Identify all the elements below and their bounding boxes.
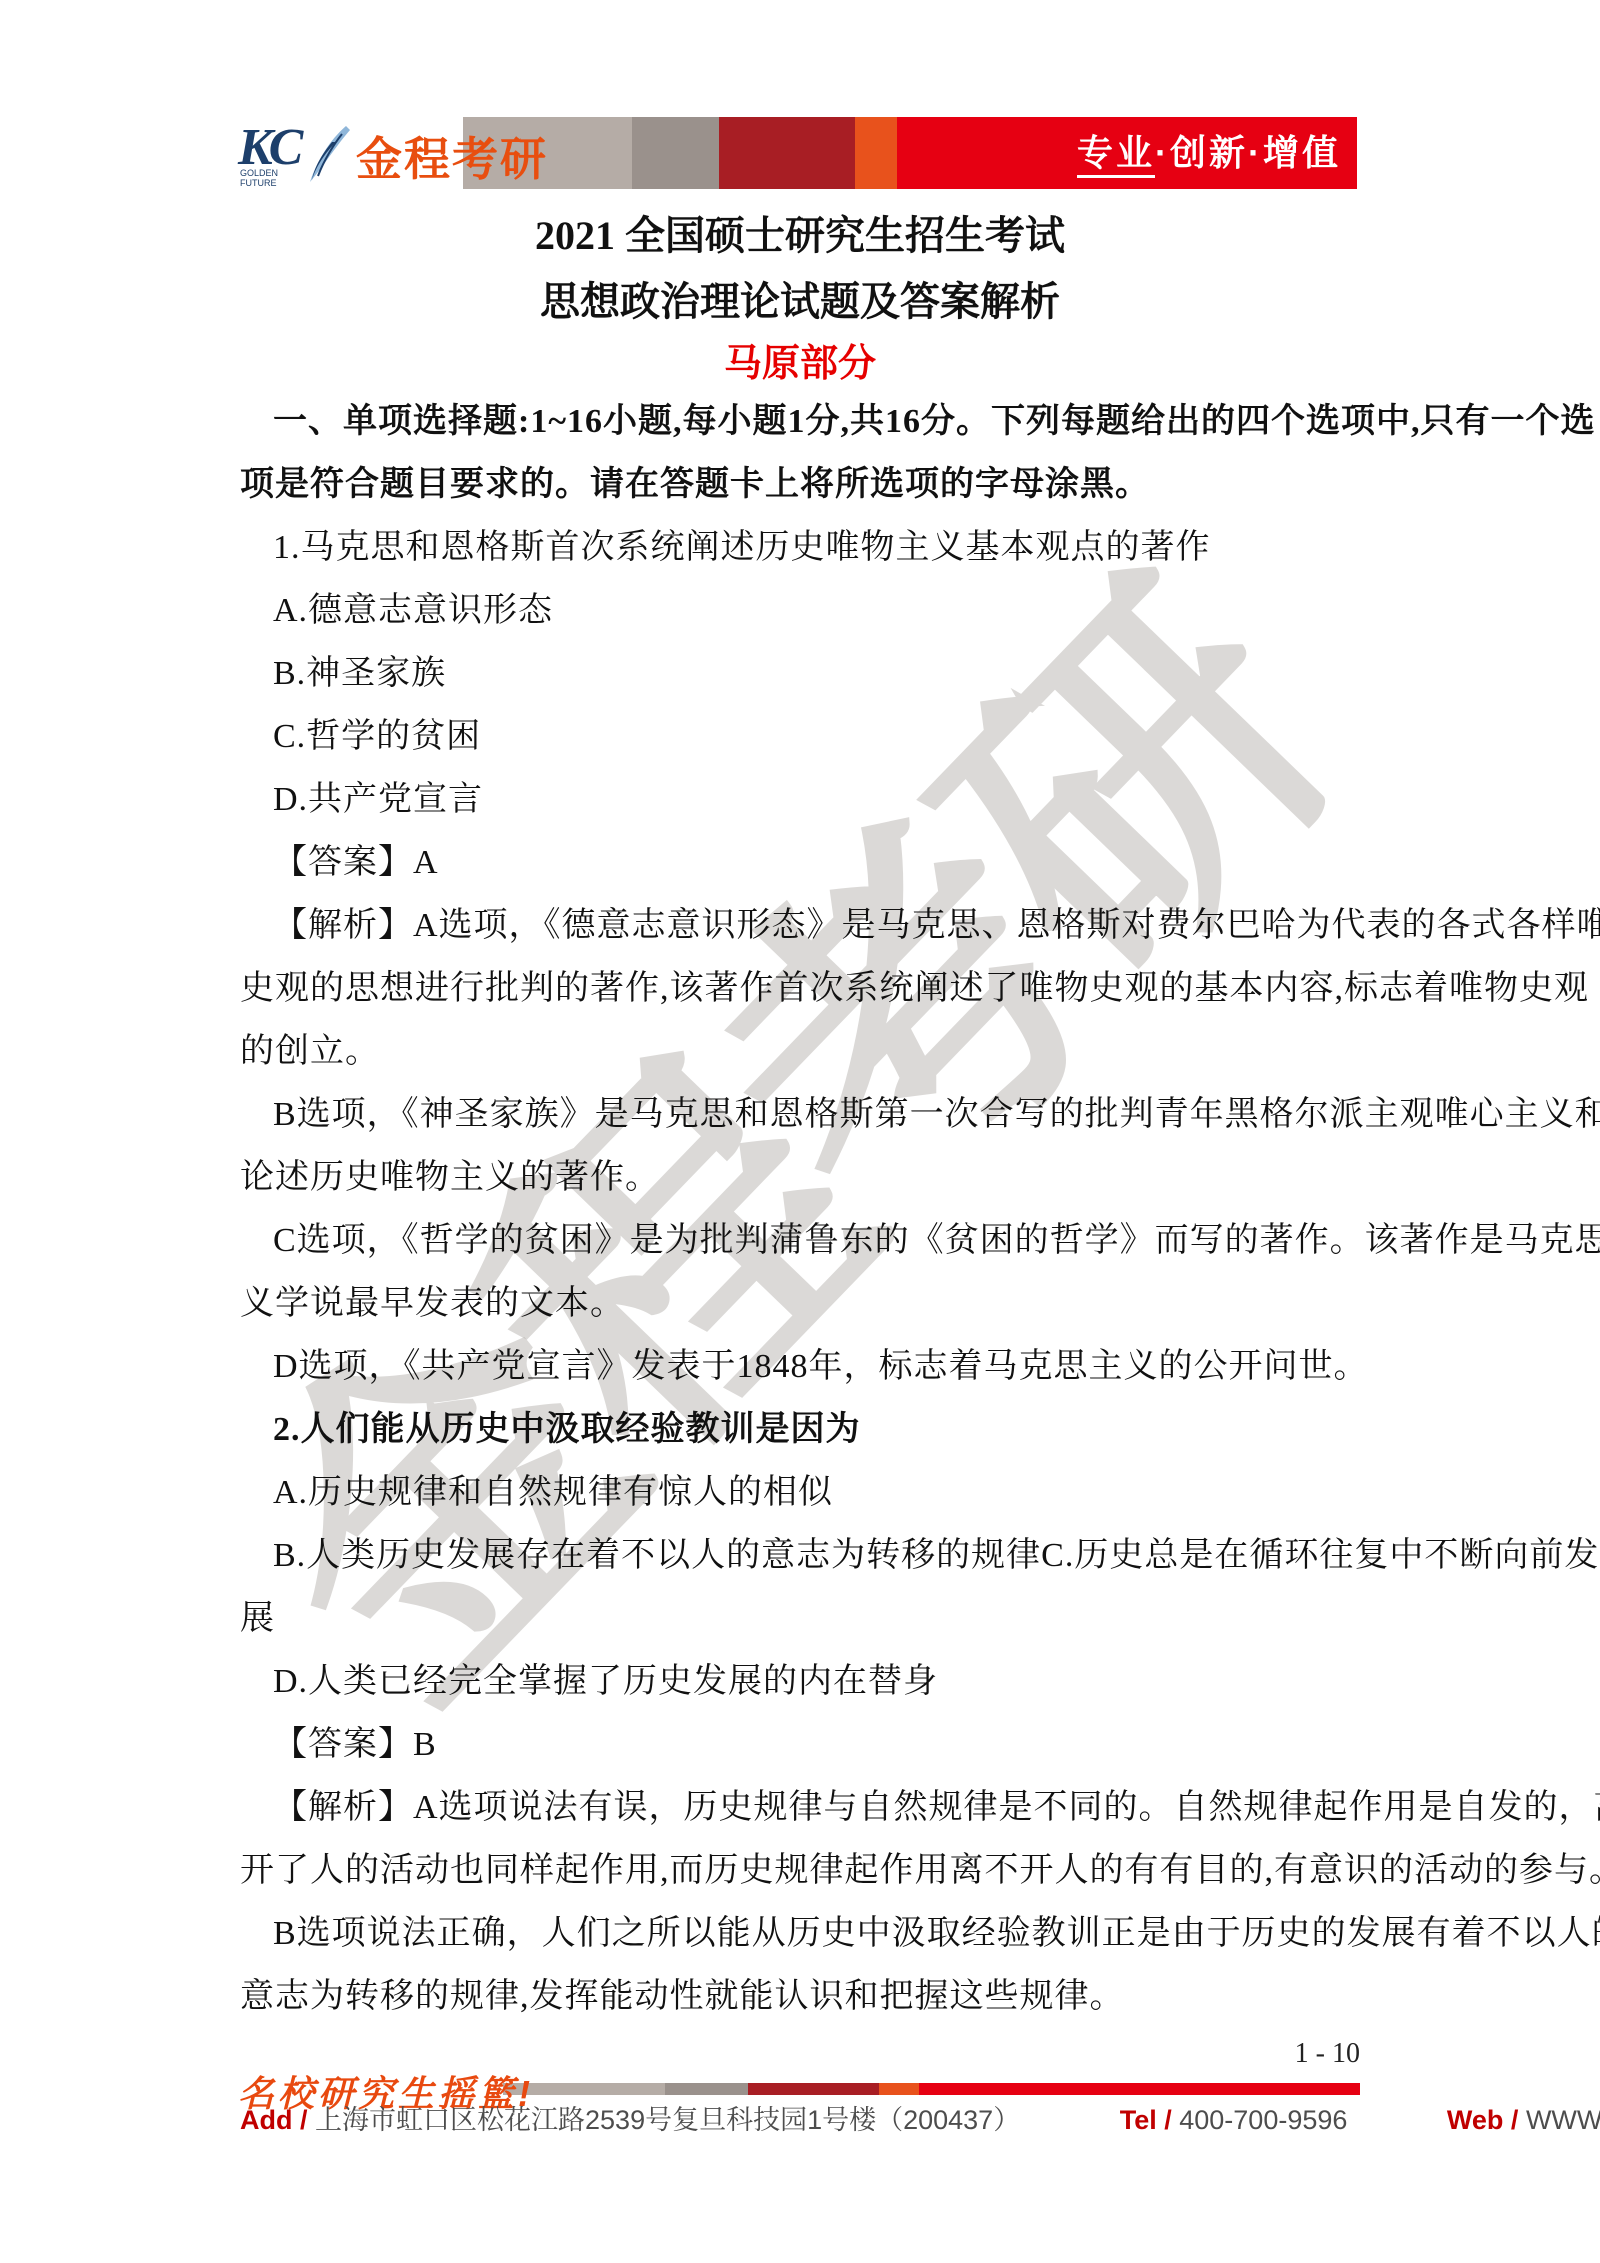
body-line: B选项，《神圣家族》是马克思和恩格斯第一次合写的批判青年黑格尔派主观唯心主义和 [240, 1083, 1366, 1146]
body-line: 【解析】A选项，《德意志意识形态》是马克思、恩格斯对费尔巴哈为代表的各式各样唯心 [240, 894, 1366, 957]
body-line: 【解析】A选项说法有误，历史规律与自然规律是不同的。自然规律起作用是自发的，离 [240, 1776, 1366, 1839]
body-line: A.德意志意识形态 [240, 579, 1366, 642]
band-segment [719, 117, 856, 189]
body-line: B.人类历史发展存在着不以人的意志为转移的规律C.历史总是在循环往复中不断向前发 [240, 1524, 1366, 1587]
body-line: B.神圣家族 [240, 642, 1366, 705]
footer-tel: Tel / 400-700-9596 [1120, 2100, 1348, 2140]
footer-color-band [503, 2083, 1360, 2095]
body-line: 【答案】A [240, 831, 1366, 894]
band-segment [665, 2083, 748, 2095]
body-text: 一、单项选择题:1~16小题,每小题1分,共16分。下列每题给出的四个选项中,只… [240, 390, 1366, 2028]
feather-swoosh-icon [292, 124, 356, 193]
footer-contact-info: Add / 上海市虹口区松花江路2539号复旦科技园1号楼（200437） Te… [240, 2100, 1360, 2140]
body-line: 2.人们能从历史中汲取经验教训是因为 [240, 1398, 1366, 1461]
body-line: D.人类已经完全掌握了历史发展的内在替身 [240, 1650, 1366, 1713]
company-logo: KC GOLDEN FUTURE 金程考研 [238, 122, 548, 190]
body-line: C.哲学的贫困 [240, 705, 1366, 768]
kcy-tagline: GOLDEN FUTURE [240, 168, 278, 188]
body-line: 项是符合题目要求的。请在答题卡上将所选项的字母涂黑。 [240, 453, 1366, 516]
header-color-band: 专业·创新·增值 [463, 117, 1357, 189]
body-line: 开了人的活动也同样起作用,而历史规律起作用离不开人的有有目的,有意识的活动的参与… [240, 1839, 1366, 1902]
document-title-line1: 2021 全国硕士研究生招生考试 [240, 204, 1360, 261]
band-segment [855, 117, 896, 189]
band-segment [879, 2083, 918, 2095]
address-value: 上海市虹口区松花江路2539号复旦科技园1号楼（200437） [315, 2105, 1020, 2135]
body-line: C选项，《哲学的贫困》是为批判蒲鲁东的《贫困的哲学》而写的著作。该著作是马克思主 [240, 1209, 1366, 1272]
body-line: 的创立。 [240, 1020, 1366, 1083]
body-line: 论述历史唯物主义的著作。 [240, 1146, 1366, 1209]
address-label: Add / [240, 2105, 308, 2135]
tel-value: 400-700-9596 [1179, 2105, 1347, 2135]
footer-address: Add / 上海市虹口区松花江路2539号复旦科技园1号楼（200437） [240, 2100, 1020, 2140]
web-label: Web / [1447, 2105, 1519, 2135]
document-page: 金程考研 KC GOLDEN FUTURE 金程考研 专业·创 [0, 0, 1600, 2263]
body-line: 史观的思想进行批判的著作,该著作首次系统阐述了唯物史观的基本内容,标志着唯物史观 [240, 957, 1366, 1020]
body-line: 【答案】B [240, 1713, 1366, 1776]
body-line: 意志为转移的规律,发挥能动性就能认识和把握这些规律。 [240, 1965, 1366, 2028]
band-segment [632, 117, 719, 189]
tel-label: Tel / [1120, 2105, 1172, 2135]
footer-web: Web / WWW.VIPKAOYAN.NET [1447, 2100, 1600, 2140]
body-line: 展 [240, 1587, 1366, 1650]
section-title: 马原部分 [240, 332, 1360, 387]
document-title-line2: 思想政治理论试题及答案解析 [240, 270, 1360, 327]
band-segment-slogan: 专业·创新·增值 [897, 117, 1357, 189]
band-segment [748, 2083, 879, 2095]
band-segment [919, 2083, 1360, 2095]
logo-brand-name: 金程考研 [356, 123, 548, 189]
body-line: D.共产党宣言 [240, 768, 1366, 831]
web-value: WWW.VIPKAOYAN.NET [1526, 2105, 1600, 2135]
body-line: 1.马克思和恩格斯首次系统阐述历史唯物主义基本观点的著作 [240, 516, 1366, 579]
body-line: D选项，《共产党宣言》发表于1848年，标志着马克思主义的公开问世。 [240, 1335, 1366, 1398]
body-line: 一、单项选择题:1~16小题,每小题1分,共16分。下列每题给出的四个选项中,只… [240, 390, 1366, 453]
kcy-logo-mark: KC GOLDEN FUTURE [238, 122, 356, 190]
body-line: B选项说法正确，人们之所以能从历史中汲取经验教训正是由于历史的发展有着不以人的 [240, 1902, 1366, 1965]
body-line: A.历史规律和自然规律有惊人的相似 [240, 1461, 1366, 1524]
header-slogan: 专业·创新·增值 [897, 117, 1357, 189]
body-line: 义学说最早发表的文本。 [240, 1272, 1366, 1335]
